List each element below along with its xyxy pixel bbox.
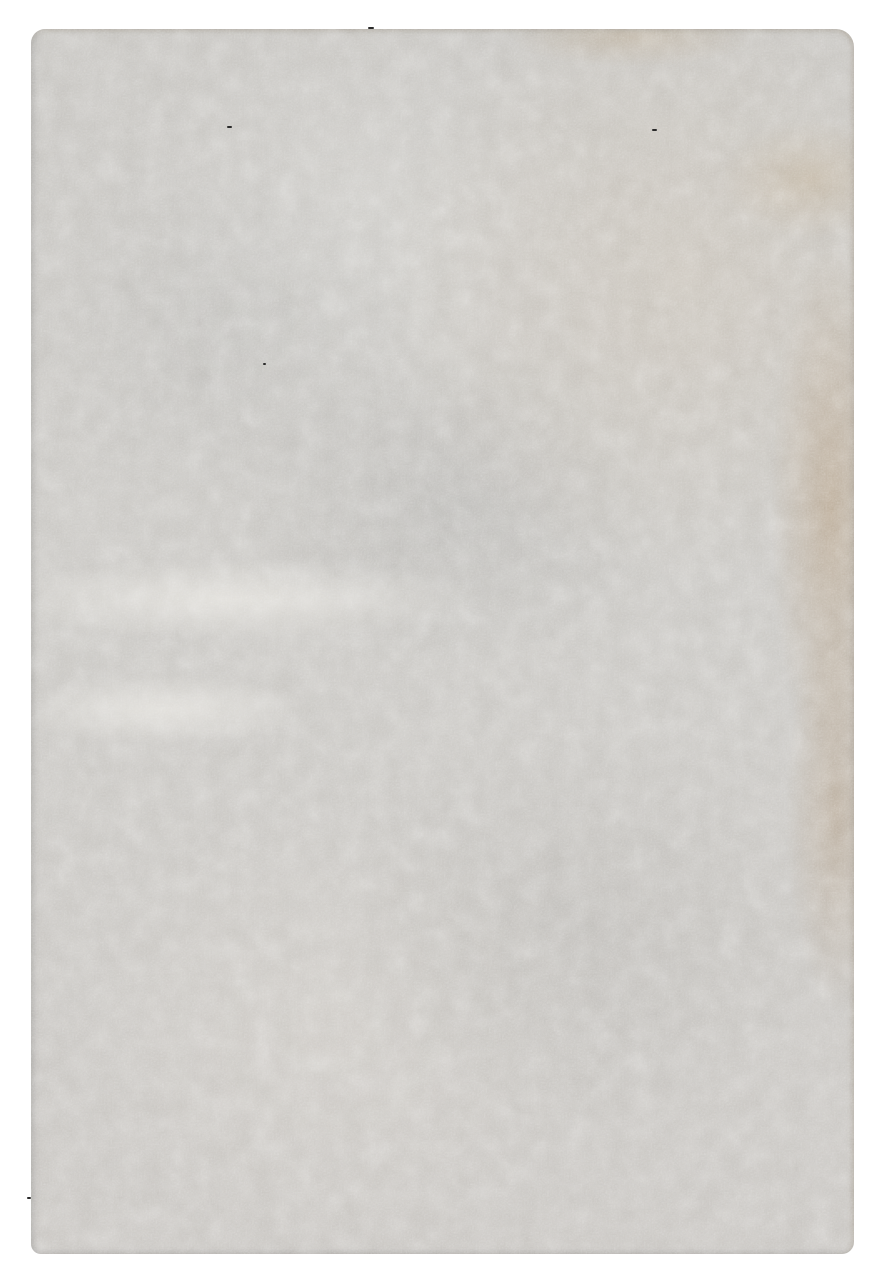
dark-speck	[368, 27, 374, 29]
dark-speck	[27, 1197, 31, 1199]
dark-speck	[652, 129, 657, 131]
image-canvas	[0, 0, 884, 1280]
stone-fine-texture	[31, 29, 854, 1254]
dark-speck	[263, 363, 266, 365]
stone-tile	[31, 29, 854, 1254]
dark-speck	[227, 126, 232, 128]
